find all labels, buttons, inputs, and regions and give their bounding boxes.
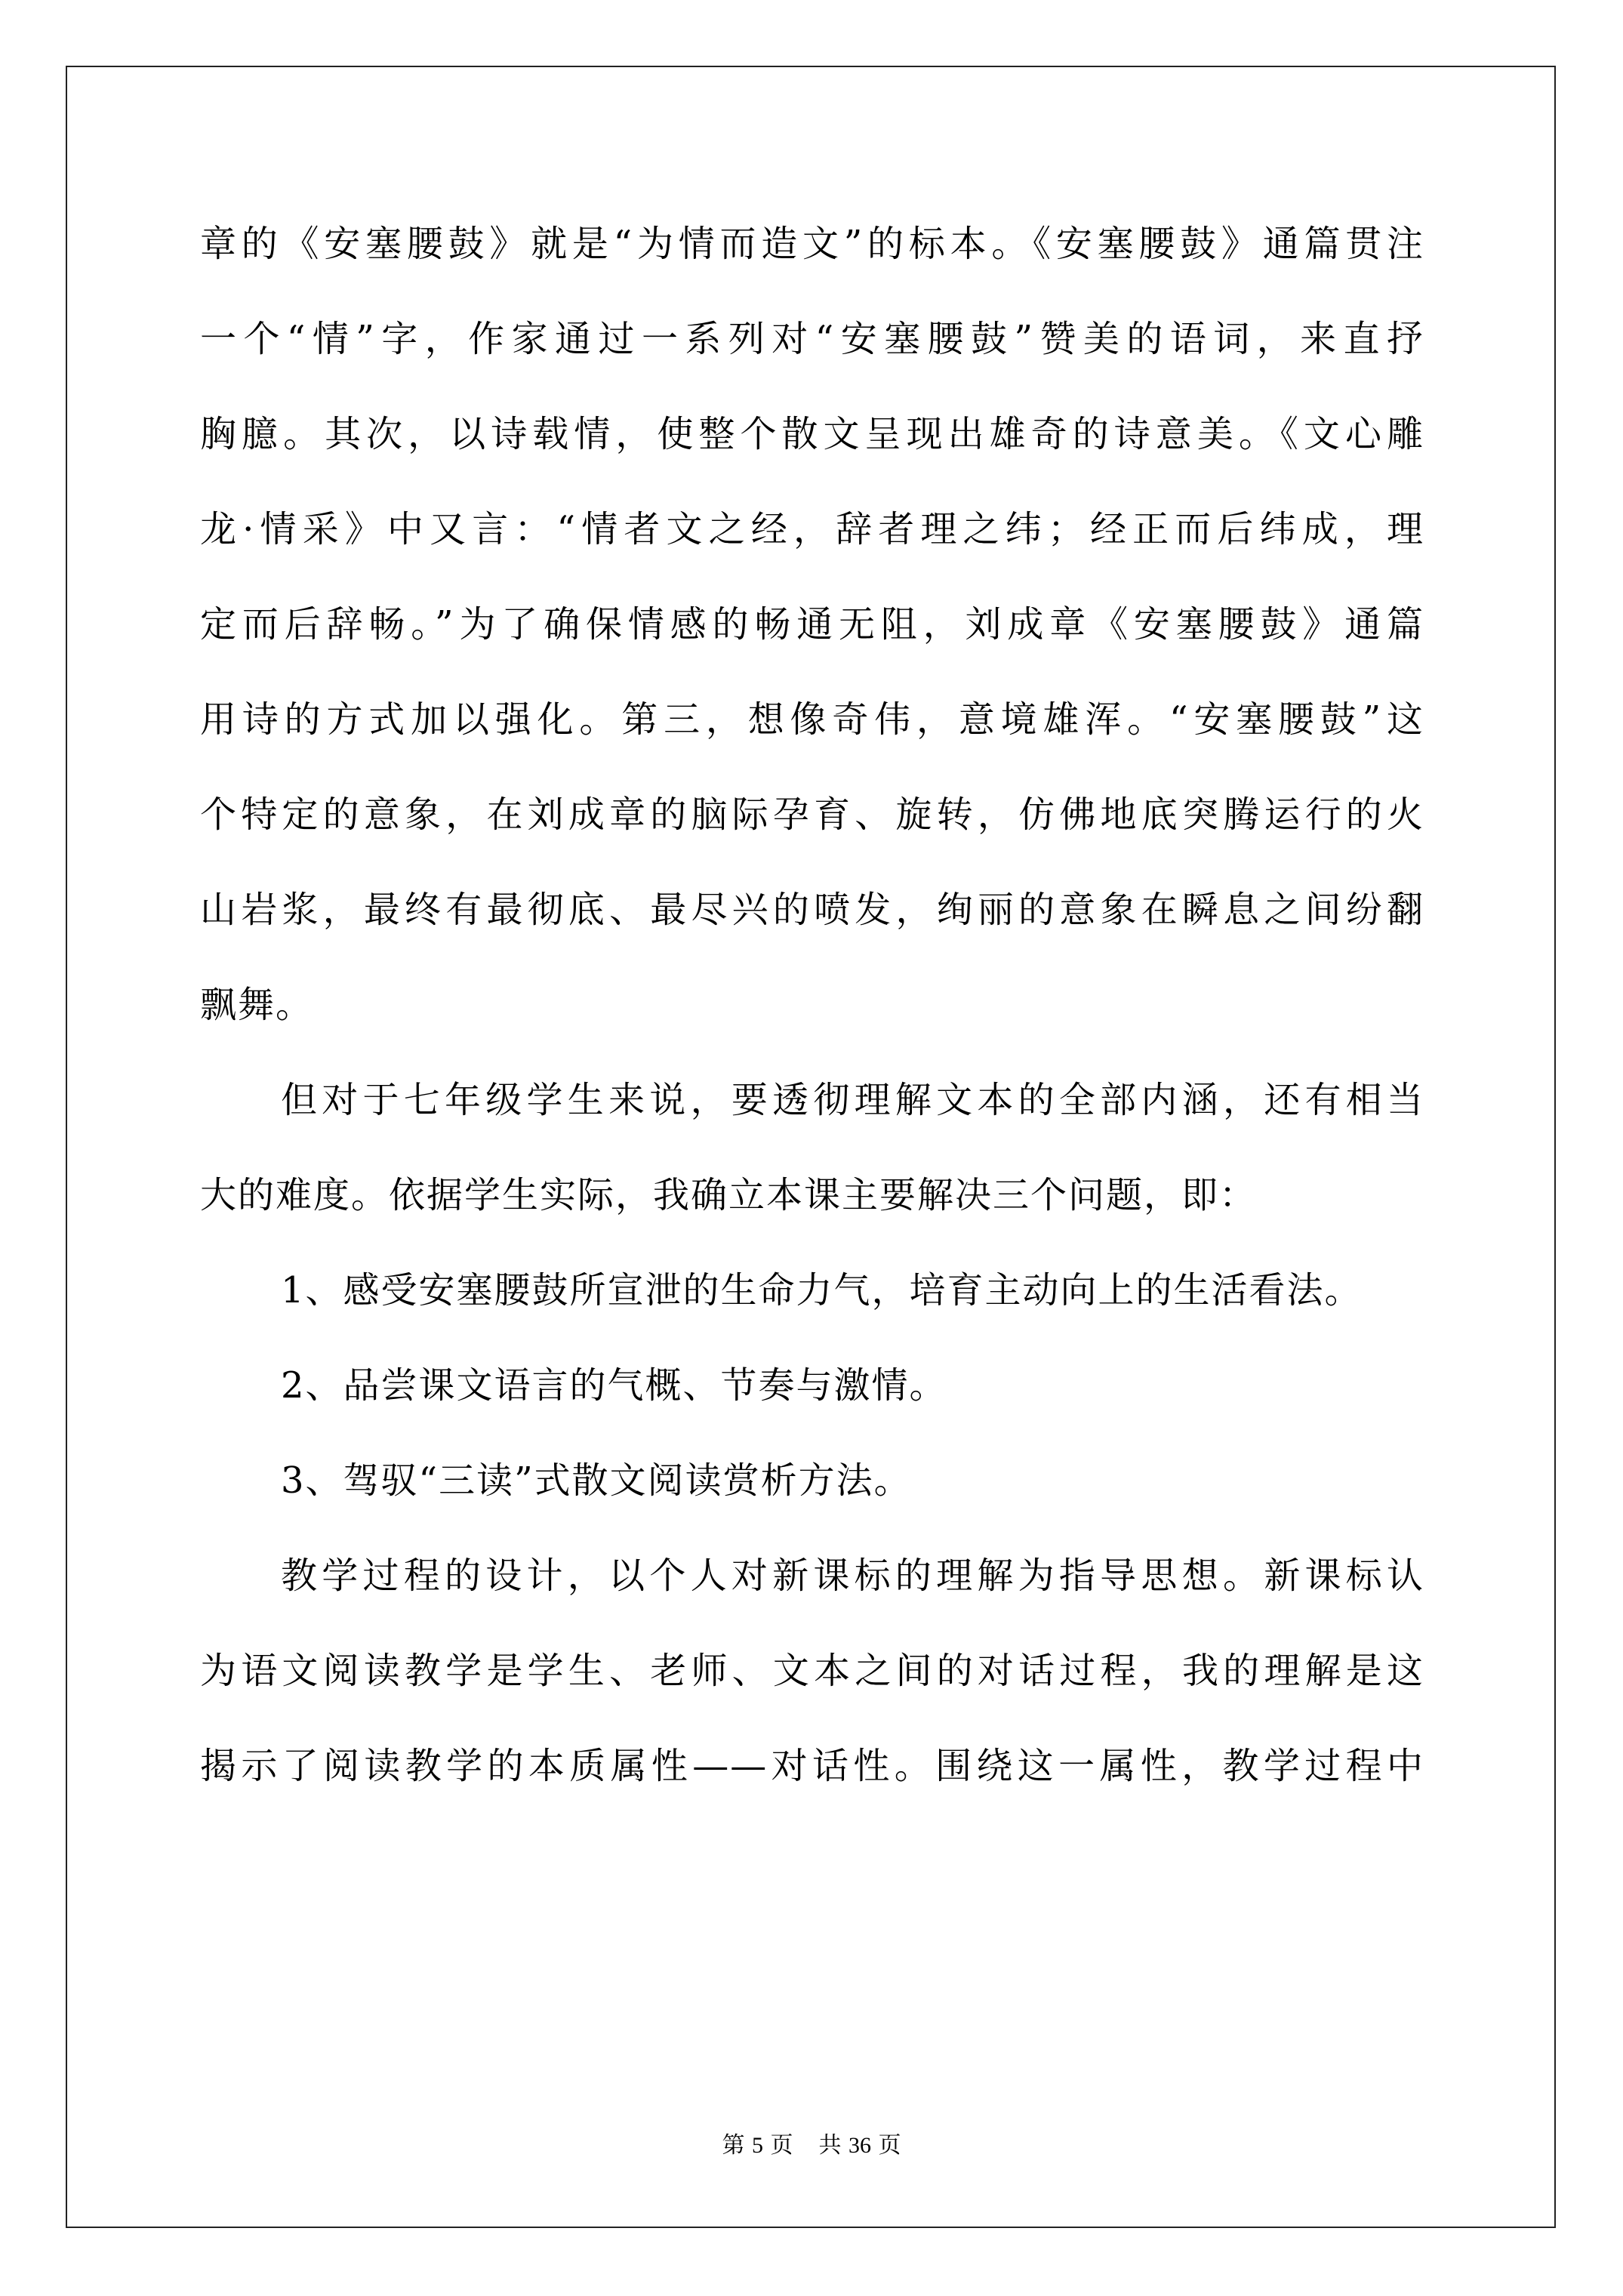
page-total: 共 36 页: [819, 2133, 901, 2158]
text-line: 个特定的意象，在刘成章的脑际孕育、旋转，仿佛地底突腾运行的火: [200, 786, 1424, 881]
paragraph-start-line: 教学过程的设计，以个人对新课标的理解为指导思想。新课标认: [200, 1547, 1424, 1642]
page-number: 第 5 页: [722, 2133, 793, 2158]
text-line: 胸臆。其次，以诗载情，使整个散文呈现出雄奇的诗意美。《文心雕: [200, 405, 1424, 501]
list-item-3: 3、驾驭“三读”式散文阅读赏析方法。: [200, 1452, 1424, 1547]
page-footer: 第 5 页共 36 页: [0, 2131, 1623, 2161]
text-line: 为语文阅读教学是学生、老师、文本之间的对话过程，我的理解是这: [200, 1642, 1424, 1737]
paragraph-end-line: 飘舞。: [200, 976, 1424, 1071]
list-item-2: 2、品尝课文语言的气概、节奏与激情。: [200, 1357, 1424, 1452]
text-line: 定而后辞畅。”为了确保情感的畅通无阻，刘成章《安塞腰鼓》通篇: [200, 596, 1424, 691]
text-line: 龙·情采》中又言：“情者文之经，辞者理之纬；经正而后纬成，理: [200, 501, 1424, 596]
paragraph-start-line: 但对于七年级学生来说，要透彻理解文本的全部内涵，还有相当: [200, 1071, 1424, 1166]
text-line: 一个“情”字，作家通过一系列对“安塞腰鼓”赞美的语词，来直抒: [200, 310, 1424, 405]
text-line: 揭示了阅读教学的本质属性——对话性。围绕这一属性，教学过程中: [200, 1737, 1424, 1832]
text-line: 章的《安塞腰鼓》就是“为情而造文”的标本。《安塞腰鼓》通篇贯注: [200, 215, 1424, 310]
list-item-1: 1、感受安塞腰鼓所宣泄的生命力气，培育主动向上的生活看法。: [200, 1262, 1519, 1357]
paragraph-end-line: 大的难度。依据学生实际，我确立本课主要解决三个问题，即：: [200, 1166, 1424, 1262]
document-body: 章的《安塞腰鼓》就是“为情而造文”的标本。《安塞腰鼓》通篇贯注 一个“情”字，作…: [200, 215, 1424, 1832]
text-line: 用诗的方式加以强化。第三，想像奇伟，意境雄浑。“安塞腰鼓”这: [200, 691, 1424, 786]
text-line: 山岩浆，最终有最彻底、最尽兴的喷发，绚丽的意象在瞬息之间纷翻: [200, 881, 1424, 976]
